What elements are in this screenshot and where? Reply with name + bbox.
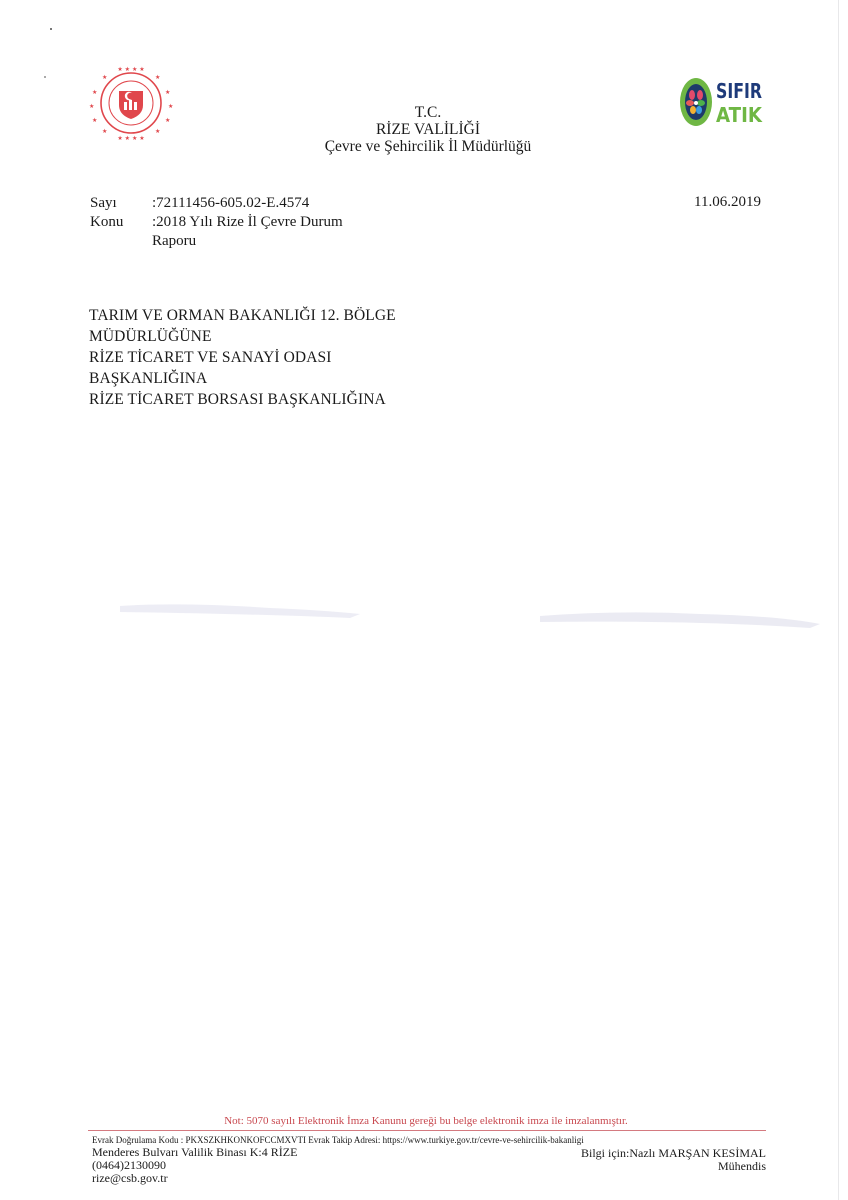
document-meta: Sayı :72111456-605.02-E.4574 Konu :2018 … [90,194,382,251]
scan-smudge [0,598,848,628]
recipient-line: TARIM VE ORMAN BAKANLIĞI 12. BÖLGE [89,305,396,326]
recipient-line: RİZE TİCARET BORSASI BAŞKANLIĞINA [89,389,396,410]
recipient-line: BAŞKANLIĞINA [89,368,396,389]
konu-value: :2018 Yılı Rize İl Çevre Durum Raporu [152,213,382,251]
email: rize@csb.gov.tr [92,1172,766,1185]
sayi-label: Sayı [90,194,152,213]
header-line-directorate: Çevre ve Şehircilik İl Müdürlüğü [0,138,848,155]
page-edge [838,0,839,1200]
logo-text-sifir: SIFIR [716,79,762,103]
svg-text:★: ★ [155,74,160,81]
svg-text:★: ★ [92,89,97,96]
header-line-governorship: RİZE VALİLİĞİ [0,121,848,138]
footer: Evrak Doğrulama Kodu : PKXSZKHKONKOFCCMX… [92,1134,766,1185]
scan-speck [44,76,46,78]
svg-text:★ ★ ★ ★: ★ ★ ★ ★ [117,66,144,73]
footer-divider [88,1130,766,1131]
konu-label: Konu [90,213,152,251]
info-title: Mühendis [581,1160,766,1173]
letterhead: T.C. RİZE VALİLİĞİ Çevre ve Şehircilik İ… [0,104,848,155]
document-date: 11.06.2019 [694,194,761,211]
header-line-tc: T.C. [0,104,848,121]
scan-speck [50,28,52,30]
recipient-line: MÜDÜRLÜĞÜNE [89,326,396,347]
e-signature-note: Not: 5070 sayılı Elektronik İmza Kanunu … [0,1115,848,1127]
info-contact-block: Bilgi için:Nazlı MARŞAN KESİMAL Mühendis [581,1147,766,1173]
svg-text:★: ★ [102,74,107,81]
svg-text:★: ★ [165,89,170,96]
recipient-line: RİZE TİCARET VE SANAYİ ODASI [89,347,396,368]
recipients-block: TARIM VE ORMAN BAKANLIĞI 12. BÖLGE MÜDÜR… [89,305,396,410]
sayi-value: :72111456-605.02-E.4574 [152,194,382,213]
